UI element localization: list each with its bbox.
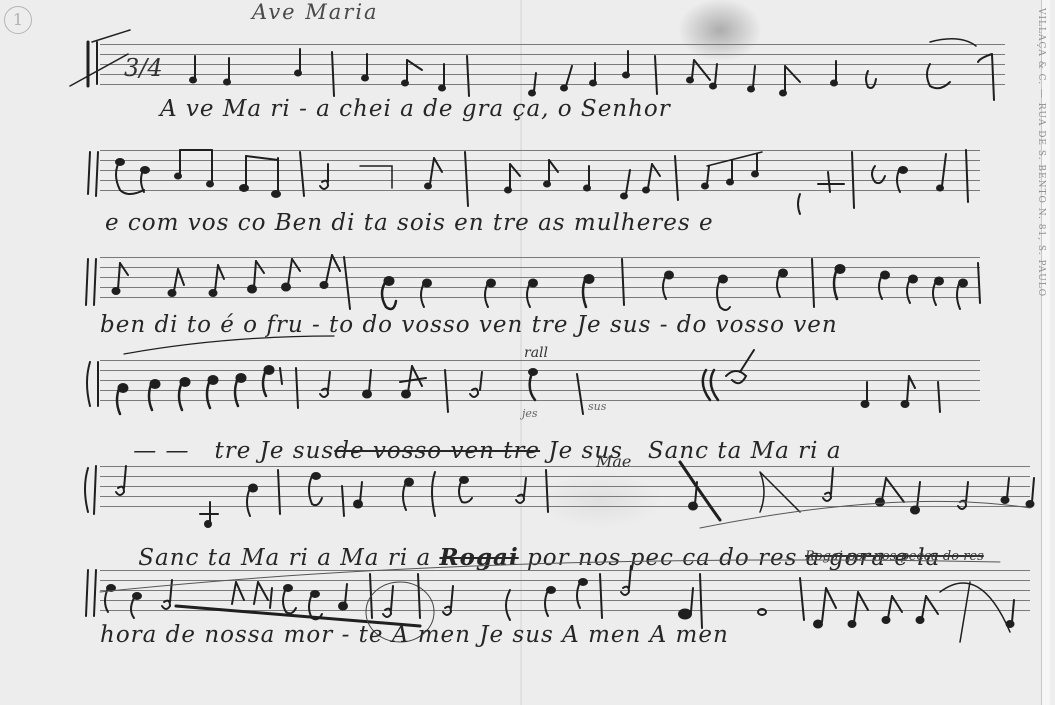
notes-staff-2 [100,132,980,212]
publisher-stamp: VILLAÇA & C. — RUA DE S. BENTO N. 81, S.… [1028,8,1046,338]
lyrics-line-2: e com vos co Ben di ta sois en tre as mu… [105,210,714,236]
manuscript-page: 1 Ave Maria VILLAÇA & C. — RUA DE S. BEN… [0,0,1050,705]
staff-3 [100,257,980,299]
staff-2 [100,150,980,192]
page-number-circle: 1 [4,6,32,34]
staff-4 [100,360,980,402]
annotation-rall: rall [524,345,548,361]
notes-staff-3 [100,239,980,319]
time-signature: 3/4 [124,54,163,82]
lyrics-line-1: A ve Ma ri - a chei a de gra ça, o Senho… [160,96,671,122]
annotation-mae: Mae [596,452,631,471]
title-ave-maria: Ave Maria [252,0,379,24]
lyrics-line-6: hora de nossa mor - te A men Je sus A me… [100,622,729,648]
staff-6 [100,570,1030,612]
staff-5 [100,466,1030,508]
notes-staff-1: 3/4 [100,26,1005,106]
notes-staff-5 [100,448,1030,528]
staff-1: 3/4 [100,44,1005,86]
lyrics-line-3: ben di to é o fru - to do vosso ven tre … [100,312,838,338]
